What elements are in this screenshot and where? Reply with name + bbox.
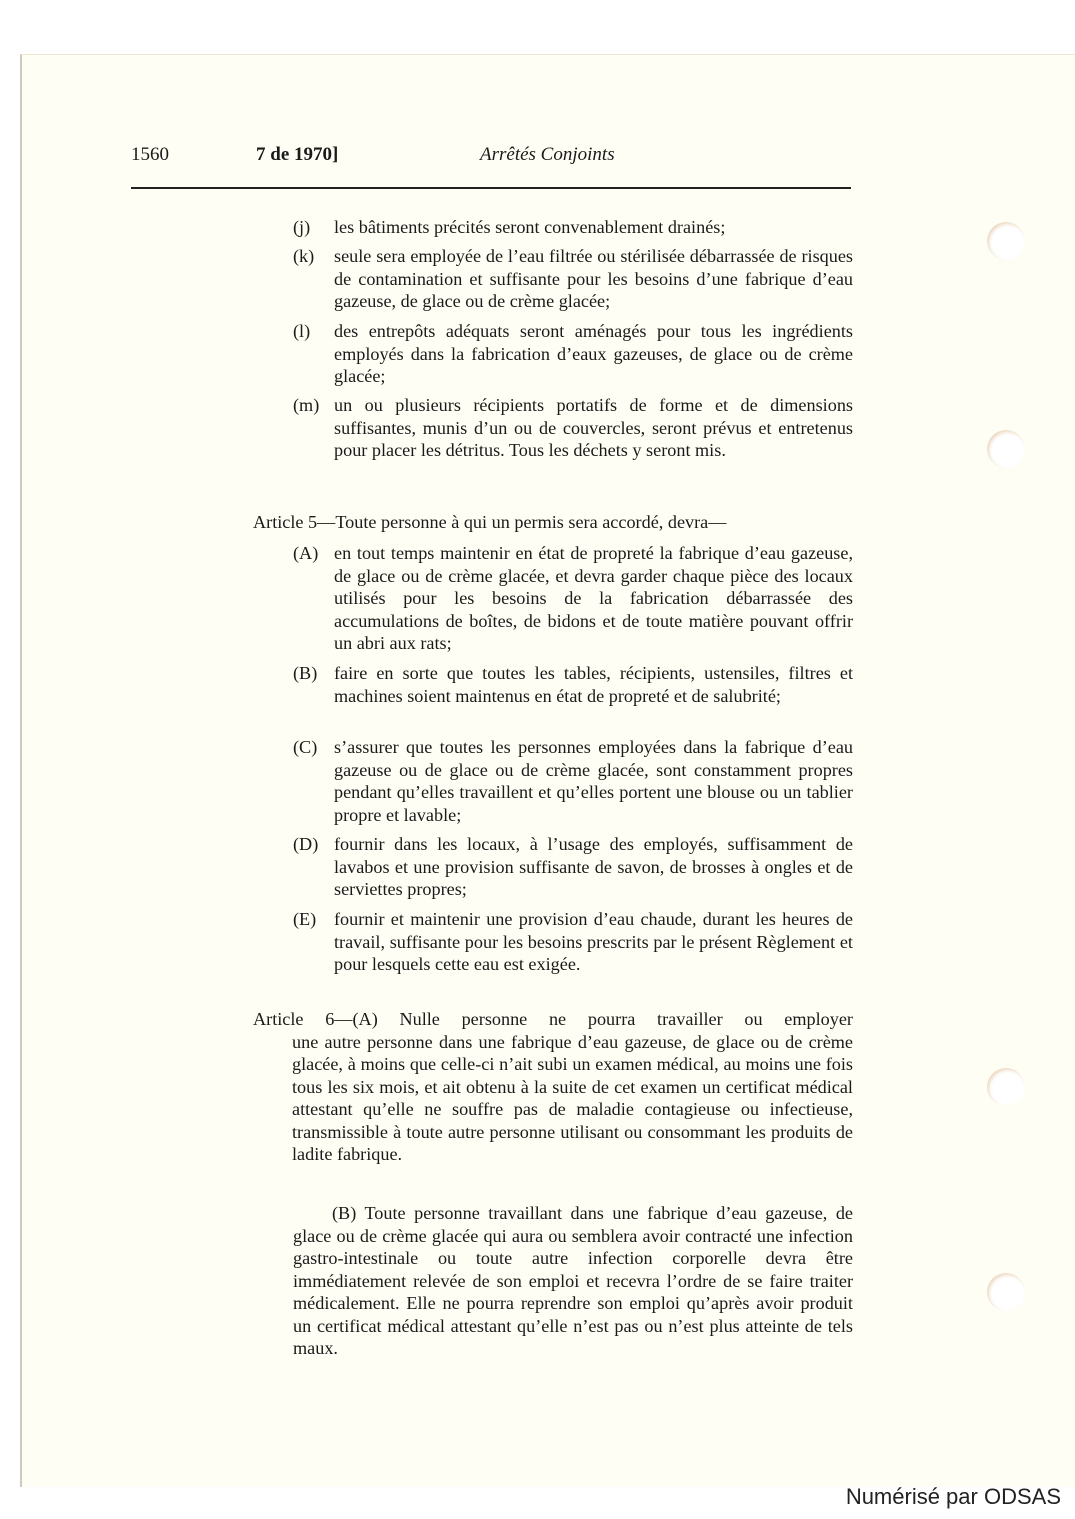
item-label: (l) (293, 320, 310, 343)
item-text: fournir et maintenir une provision d’eau… (334, 908, 853, 976)
article-5-heading: Article 5—Toute personne à qui un permis… (253, 511, 853, 534)
list-item-A: (A) en tout temps maintenir en état de p… (293, 542, 853, 655)
punch-hole (987, 430, 1025, 468)
digitization-watermark: Numérisé par ODSAS (846, 1484, 1061, 1510)
item-label: (B) (293, 662, 317, 685)
list-item-l: (l) des entrepôts adéquats seront aménag… (293, 320, 853, 388)
item-text: faire en sorte que toutes les tables, ré… (334, 662, 853, 707)
punch-hole (987, 1273, 1025, 1311)
item-text: des entrepôts adéquats seront aménagés p… (334, 320, 853, 388)
article-6-paragraph-a: Article 6—(A) Nulle personne ne pourra t… (253, 1008, 853, 1166)
list-item-D: (D) fournir dans les locaux, à l’usage d… (293, 833, 853, 901)
item-text: s’assurer que toutes les personnes emplo… (334, 736, 853, 826)
item-text: les bâtiments précités seront convenable… (334, 216, 853, 239)
item-text: un ou plusieurs récipients portatifs de … (334, 394, 853, 462)
item-text: fournir dans les locaux, à l’usage des e… (334, 833, 853, 901)
running-title: Arrêtés Conjoints (480, 144, 615, 166)
item-label: (m) (293, 394, 319, 417)
item-label: (A) (293, 542, 318, 565)
list-item-E: (E) fournir et maintenir une provision d… (293, 908, 853, 976)
article-6-paragraph-b: (B) Toute personne travaillant dans une … (293, 1202, 853, 1360)
list-item-j: (j) les bâtiments précités seront conven… (293, 216, 853, 239)
act-reference: 7 de 1970] (256, 144, 338, 166)
list-item-B: (B) faire en sorte que toutes les tables… (293, 662, 853, 707)
punch-hole (987, 1068, 1025, 1106)
header-rule (131, 187, 851, 189)
item-label: (k) (293, 245, 314, 268)
item-label: (C) (293, 736, 317, 759)
item-text: en tout temps maintenir en état de propr… (334, 542, 853, 655)
page-number: 1560 (131, 144, 169, 166)
item-label: (j) (293, 216, 310, 239)
list-item-k: (k) seule sera employée de l’eau filtrée… (293, 245, 853, 313)
article-6-lead: Article 6—(A) Nulle personne ne pourra t… (253, 1008, 853, 1031)
list-item-m: (m) un ou plusieurs récipients portatifs… (293, 394, 853, 462)
list-item-C: (C) s’assurer que toutes les personnes e… (293, 736, 853, 826)
item-label: (D) (293, 833, 318, 856)
item-label: (E) (293, 908, 316, 931)
article-6-body: une autre personne dans une fabrique d’e… (292, 1031, 853, 1166)
item-text: seule sera employée de l’eau filtrée ou … (334, 245, 853, 313)
punch-hole (987, 222, 1025, 260)
